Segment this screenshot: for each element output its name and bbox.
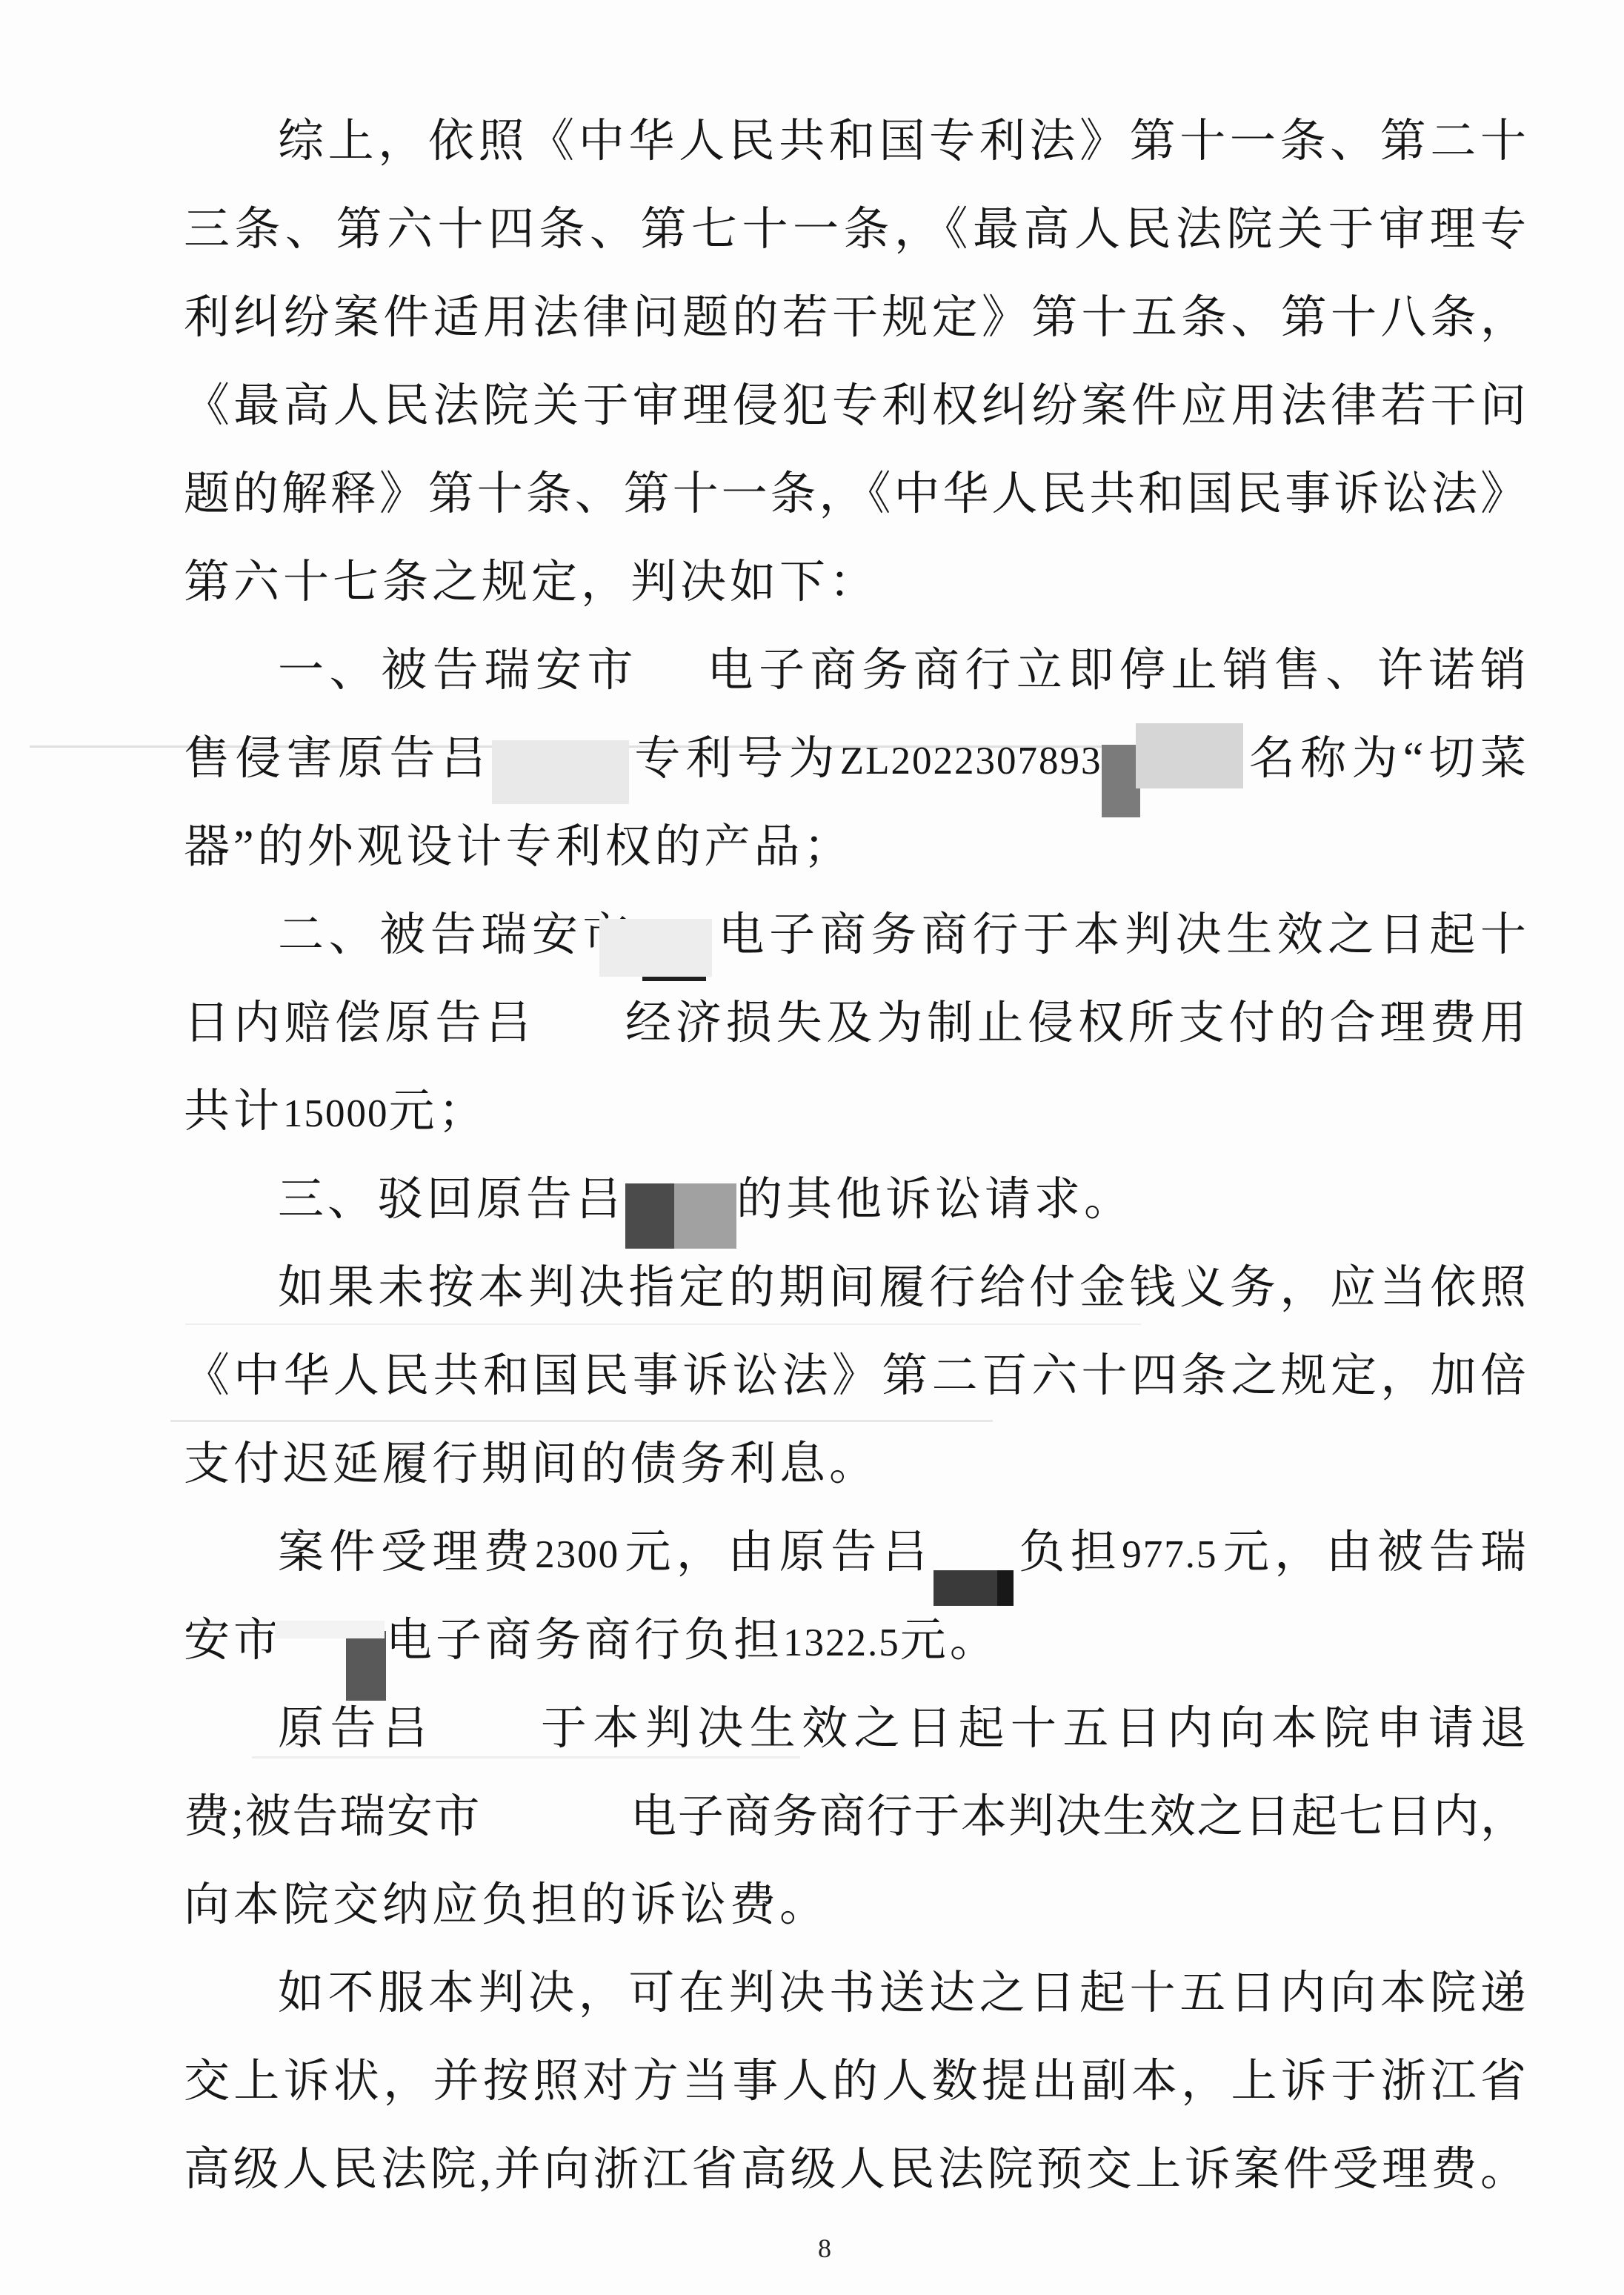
text-segment: 电子商务商行于本判决生效之日起十: [713, 910, 1526, 960]
text-segment: 利纠纷案件适用法律问题的若干规定》第十五条、第十八条，: [184, 293, 1526, 343]
text-segment: 经济损失及为制止侵权所支付的合理费用: [621, 998, 1526, 1049]
text-segment: 售侵害原告吕: [184, 734, 492, 784]
scan-artifact: [170, 1420, 993, 1422]
redaction-box: [997, 1570, 1014, 1606]
text-segment: 二、被告瑞安市: [278, 910, 633, 960]
text-line-17: 案件受理费2300元，由原告吕负担977.5元，由被告瑞: [278, 1518, 1526, 1587]
text-line-2: 三条、第六十四条、第七十一条，《最高人民法院关于审理专: [184, 195, 1526, 265]
redaction-box: [639, 672, 702, 678]
text-line-22: 如不服本判决，可在判决书送达之日起十五日内向本院递: [278, 1959, 1526, 2028]
redaction-box: [434, 1730, 534, 1736]
text-line-15: 《中华人民共和国民事诉讼法》第二百六十四条之规定，加倍: [184, 1341, 1526, 1411]
text-segment: 一、被告瑞安市: [278, 645, 639, 696]
text-segment: 电子商务商行立即停止销售、许诺销: [702, 645, 1526, 696]
text-line-9: 器”的外观设计专利权的产品；: [184, 812, 1526, 882]
text-segment: 电子商务商行于本判决生效之日起七日内，: [629, 1792, 1526, 1842]
text-segment: 负担: [1014, 1527, 1122, 1578]
redaction-box: [346, 1631, 386, 1701]
text-line-3: 利纠纷案件适用法律问题的若干规定》第十五条、第十八条，: [184, 283, 1526, 353]
text-segment: 案件受理费: [278, 1527, 535, 1578]
number-segment: 1322.5: [783, 1621, 900, 1664]
text-segment: 费;被告瑞安市: [184, 1792, 481, 1842]
text-line-1: 综上，依照《中华人民共和国专利法》第十一条、第二十: [278, 107, 1526, 176]
text-segment: 的其他诉讼请求。: [736, 1175, 1134, 1225]
text-line-10: 二、被告瑞安市电子商务商行于本判决生效之日起十: [278, 900, 1526, 970]
redaction-box: [481, 1819, 629, 1824]
number-segment: 977.5: [1122, 1533, 1217, 1576]
text-segment: 元，由原告吕: [619, 1527, 934, 1578]
text-segment: 交上诉状，并按照对方当事人的人数提出副本，上诉于浙江省: [184, 2056, 1526, 2107]
redaction-box: [625, 1183, 674, 1249]
redaction-box: [674, 1183, 736, 1249]
text-line-16: 支付迟延履行期间的债务利息。: [184, 1429, 1526, 1499]
text-line-24: 高级人民法院,并向浙江省高级人民法院预交上诉案件受理费。: [184, 2135, 1526, 2205]
text-line-20: 费;被告瑞安市电子商务商行于本判决生效之日起七日内，: [184, 1782, 1526, 1852]
text-segment: 综上，依照《中华人民共和国专利法》第十一条、第二十: [278, 116, 1526, 167]
text-segment: 共计: [184, 1086, 283, 1137]
text-segment: 三、驳回原告吕: [278, 1175, 625, 1225]
text-segment: 器”的外观设计专利权的产品；: [184, 822, 853, 872]
text-line-23: 交上诉状，并按照对方当事人的人数提出副本，上诉于浙江省: [184, 2047, 1526, 2116]
redaction-box: [1136, 723, 1243, 788]
text-segment: 《最高人民法院关于审理侵犯专利权纠纷案件应用法律若干问: [184, 381, 1526, 431]
text-segment: 元。: [900, 1615, 999, 1666]
text-segment: 元；: [389, 1086, 488, 1137]
text-segment: 如不服本判决，可在判决书送达之日起十五日内向本院递: [278, 1968, 1526, 2019]
text-segment: 《中华人民共和国民事诉讼法》第二百六十四条之规定，加倍: [184, 1351, 1526, 1401]
number-segment: 15000: [283, 1092, 389, 1135]
text-line-7: 一、被告瑞安市电子商务商行立即停止销售、许诺销: [278, 636, 1526, 705]
text-line-18: 安市电子商务商行负担1322.5元。: [184, 1606, 1526, 1675]
document-page: 综上，依照《中华人民共和国专利法》第十一条、第二十 三条、第六十四条、第七十一条…: [0, 0, 1624, 2295]
page-number: 8: [788, 2225, 862, 2271]
text-segment: 如果未按本判决指定的期间履行给付金钱义务，应当依照: [278, 1263, 1526, 1313]
text-segment: 第六十七条之规定，判决如下：: [184, 557, 879, 608]
text-line-14: 如果未按本判决指定的期间履行给付金钱义务，应当依照: [278, 1253, 1526, 1323]
text-line-19: 原告吕于本判决生效之日起十五日内向本院申请退: [278, 1694, 1526, 1764]
scan-artifact: [185, 1323, 1141, 1325]
text-line-5: 题的解释》第十条、第十一条，《中华人民共和国民事诉讼法》: [184, 459, 1526, 529]
text-segment: 专利号为: [629, 734, 840, 784]
text-segment: 名称为“切菜: [1243, 734, 1526, 784]
number-segment: 2300: [535, 1533, 619, 1576]
text-line-11: 日内赔偿原告吕经济损失及为制止侵权所支付的合理费用: [184, 989, 1526, 1058]
redaction-box: [1102, 745, 1140, 817]
text-segment: 安市: [184, 1615, 283, 1666]
text-segment: 元，由被告瑞: [1217, 1527, 1525, 1578]
redaction-box: [492, 740, 629, 804]
text-segment: 于本判决生效之日起十五日内向本院申请退: [534, 1704, 1526, 1754]
text-segment: 高级人民法院,并向浙江省高级人民法院预交上诉案件受理费。: [184, 2145, 1526, 2195]
redaction-box: [934, 1570, 997, 1606]
text-segment: 日内赔偿原告吕: [184, 998, 536, 1049]
text-line-4: 《最高人民法院关于审理侵犯专利权纠纷案件应用法律若干问: [184, 371, 1526, 441]
text-line-21: 向本院交纳应负担的诉讼费。: [184, 1870, 1526, 1940]
text-line-6: 第六十七条之规定，判决如下：: [184, 548, 1526, 617]
text-segment: 电子商务商行负担: [386, 1615, 783, 1666]
text-segment: 三条、第六十四条、第七十一条，《最高人民法院关于审理专: [184, 205, 1526, 255]
number-segment: ZL2022307893: [840, 740, 1102, 783]
text-line-8: 售侵害原告吕专利号为ZL2022307893名称为“切菜: [184, 724, 1526, 794]
redaction-box: [642, 922, 706, 981]
text-line-12: 共计15000元；: [184, 1077, 1526, 1146]
text-segment: 支付迟延履行期间的债务利息。: [184, 1439, 879, 1489]
text-segment: 向本院交纳应负担的诉讼费。: [184, 1880, 829, 1930]
redaction-box: [283, 1642, 346, 1648]
redaction-box: [536, 1025, 621, 1031]
text-line-13: 三、驳回原告吕的其他诉讼请求。: [278, 1165, 1526, 1235]
text-segment: 原告吕: [278, 1704, 434, 1754]
text-segment: 题的解释》第十条、第十一条，《中华人民共和国民事诉讼法》: [184, 469, 1526, 519]
